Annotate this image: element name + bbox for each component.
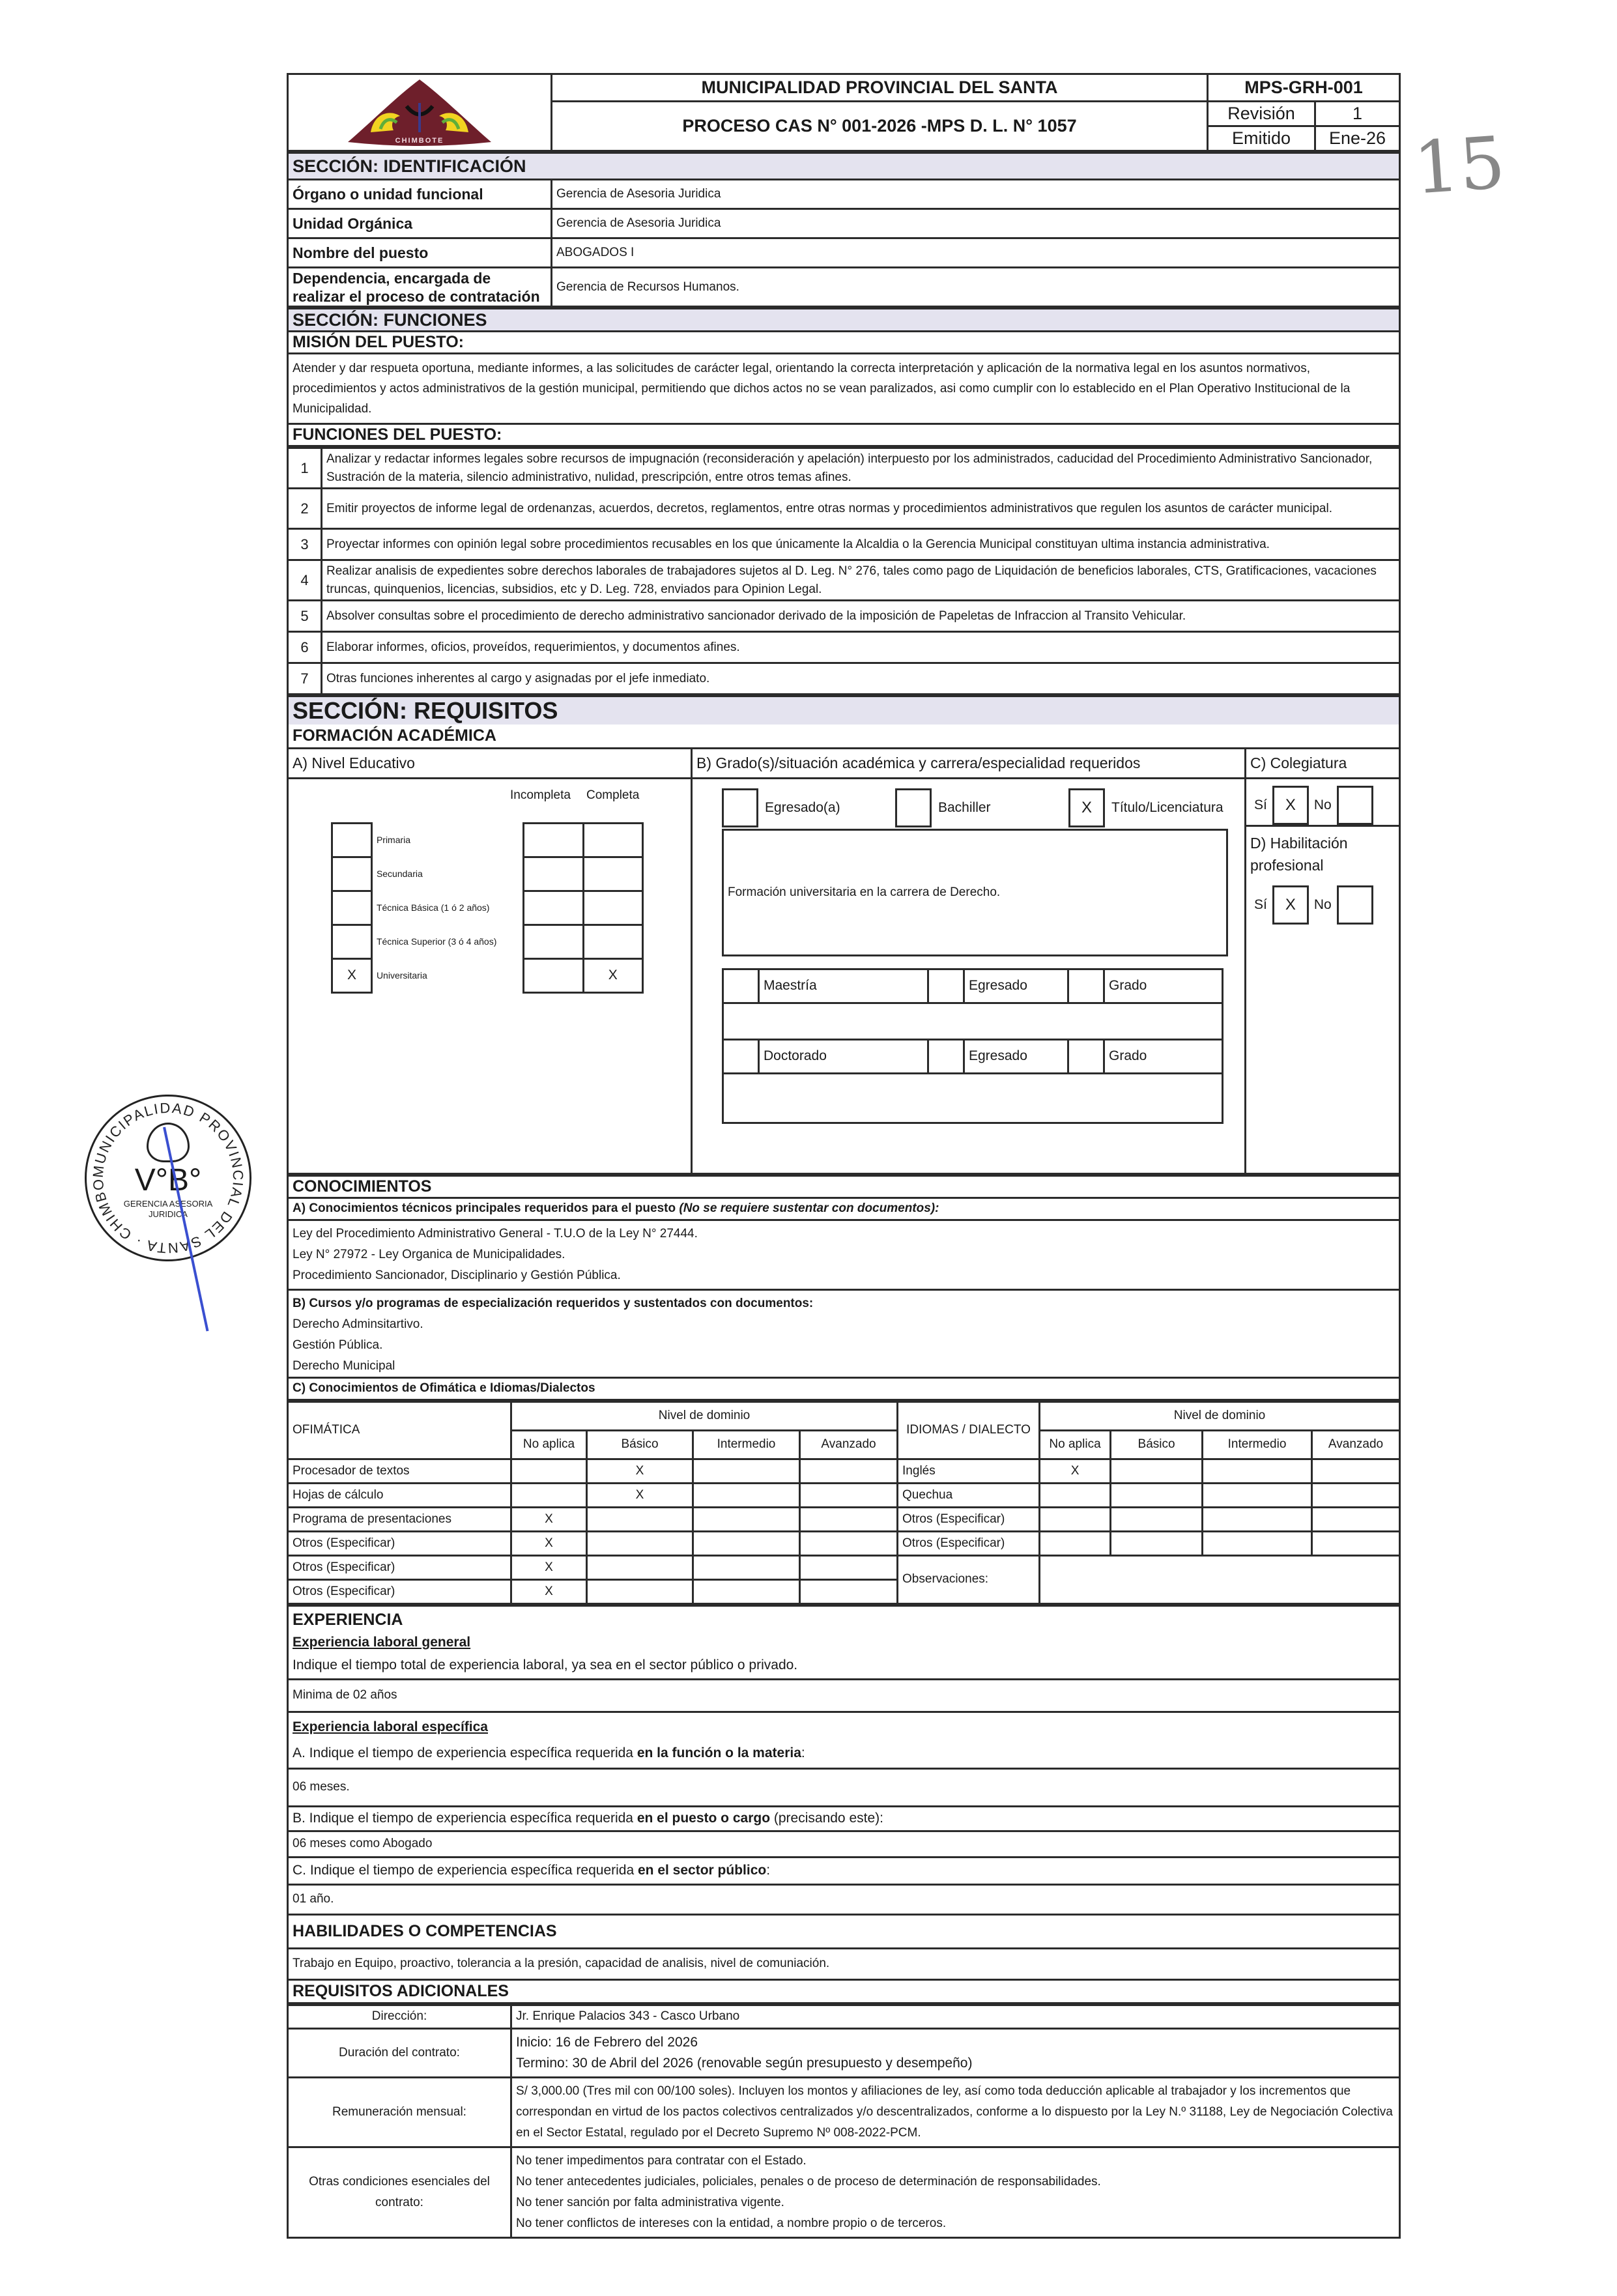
funciones-title: FUNCIONES DEL PUESTO: (288, 424, 1400, 446)
ofimatica-row-label: Procesador de textos (288, 1459, 511, 1483)
value-unidad: Gerencia de Asesoria Juridica (552, 209, 1400, 238)
nivel-educativo-title: A) Nivel Educativo (288, 748, 692, 778)
idioma-level-cell[interactable] (1203, 1483, 1312, 1507)
nivel-checkbox[interactable] (332, 857, 372, 891)
colegiatura-no-checkbox[interactable] (1337, 786, 1373, 825)
ofimatica-level-cell[interactable] (800, 1483, 898, 1507)
ofimatica-level-cell[interactable] (693, 1555, 800, 1579)
maestria-grado-check[interactable] (1068, 969, 1104, 1003)
habilidades-title: HABILIDADES O COMPETENCIAS (288, 1914, 1400, 1948)
ofimatica-level-cell[interactable] (587, 1531, 693, 1555)
level-header: Básico (587, 1430, 693, 1459)
nivel-incompleta-cell[interactable] (524, 958, 583, 992)
nivel-completa-cell[interactable] (583, 857, 642, 891)
grado-checkbox[interactable]: X (1068, 788, 1105, 827)
doctorado-label: Doctorado (759, 1039, 928, 1073)
funcion-text: Otras funciones inherentes al cargo y as… (322, 663, 1400, 695)
label-unidad: Unidad Orgánica (288, 209, 552, 238)
idioma-level-cell[interactable] (1312, 1459, 1400, 1483)
maestria-egresado-check[interactable] (928, 969, 964, 1003)
nivel-completa-cell[interactable] (583, 823, 642, 857)
mision-text: Atender y dar respueta oportuna, mediant… (288, 354, 1400, 424)
ofimatica-level-cell[interactable] (587, 1507, 693, 1531)
colegiatura-si-label: Sí (1254, 797, 1267, 813)
funcion-text: Elaborar informes, oficios, proveídos, r… (322, 632, 1400, 663)
ofimatica-level-cell[interactable] (511, 1483, 587, 1507)
section-identificacion: SECCIÓN: IDENTIFICACIÓN (288, 153, 1400, 180)
conocimientos-a-note: (No se requiere sustentar con documentos… (679, 1201, 939, 1215)
idioma-row-label: Quechua (898, 1483, 1040, 1507)
idioma-level-cell[interactable] (1203, 1507, 1312, 1531)
ofimatica-level-cell[interactable]: X (511, 1555, 587, 1579)
experiencia-general-value: Minima de 02 años (288, 1679, 1400, 1712)
ofimatica-header: OFIMÁTICA (288, 1401, 511, 1459)
idioma-level-cell[interactable] (1203, 1531, 1312, 1555)
idioma-level-cell[interactable] (1312, 1483, 1400, 1507)
funcion-text: Analizar y redactar informes legales sob… (322, 448, 1400, 489)
grado-option-label: Bachiller (938, 800, 1049, 816)
level-header: No aplica (1040, 1430, 1111, 1459)
doctorado-grado-check[interactable] (1068, 1039, 1104, 1073)
level-header: Avanzado (800, 1430, 898, 1459)
level-header: Intermedio (1203, 1430, 1312, 1459)
conocimiento-item: Procedimiento Sancionador, Disciplinario… (293, 1265, 1395, 1286)
observaciones-label: Observaciones: (898, 1555, 1040, 1603)
ofimatica-row-label: Otros (Especificar) (288, 1579, 511, 1603)
funcion-number: 1 (288, 448, 322, 489)
idioma-level-cell[interactable] (1312, 1531, 1400, 1555)
duracion-termino: Termino: 30 de Abril del 2026 (renovable… (516, 2053, 1395, 2074)
ofimatica-level-cell[interactable]: X (587, 1459, 693, 1483)
funcion-row: 3 Proyectar informes con opinión legal s… (288, 529, 1400, 560)
mision-title: MISIÓN DEL PUESTO: (288, 332, 1400, 354)
maestria-grado-label: Grado (1104, 969, 1223, 1003)
habilitacion-title: D) Habilitación profesional (1246, 827, 1352, 882)
direccion-label: Dirección: (288, 2005, 511, 2028)
nivel-completa-cell[interactable] (583, 925, 642, 958)
formacion-title: FORMACIÓN ACADÉMICA (288, 725, 1400, 748)
experiencia-header: EXPERIENCIA Experiencia laboral general … (288, 1605, 1400, 1679)
funcion-number: 3 (288, 529, 322, 560)
idioma-row-label: Inglés (898, 1459, 1040, 1483)
adicionales-table: Dirección:Jr. Enrique Palacios 343 - Cas… (287, 2004, 1401, 2239)
idioma-level-cell[interactable] (1111, 1483, 1203, 1507)
otras-list: No tener impedimentos para contratar con… (511, 2147, 1400, 2237)
funcion-number: 6 (288, 632, 322, 663)
conocimientos-table: CONOCIMIENTOS A) Conocimientos técnicos … (287, 1175, 1401, 1401)
colegiatura-si-checkbox[interactable]: X (1272, 786, 1309, 825)
header-table: CHIMBOTE MUNICIPALIDAD PROVINCIAL DEL SA… (287, 73, 1401, 152)
experiencia-b-value: 06 meses como Abogado (288, 1831, 1400, 1857)
funciones-list: 1 Analizar y redactar informes legales s… (287, 447, 1401, 695)
revision-value: 1 (1315, 102, 1399, 126)
nivel-label: Primaria (371, 823, 523, 857)
doctorado-egresado-label: Egresado (964, 1039, 1068, 1073)
nivel-educativo-cell: Incompleta Completa Primaria Secundaria … (288, 778, 692, 1173)
ofimatica-level-cell[interactable] (693, 1459, 800, 1483)
revision-label: Revisión (1207, 102, 1315, 126)
issued-label: Emitido (1207, 126, 1315, 151)
experiencia-especifica-header: Experiencia laboral específica A. Indiqu… (288, 1712, 1400, 1768)
habilidades-value: Trabajo en Equipo, proactivo, tolerancia… (288, 1948, 1400, 1979)
funcion-row: 1 Analizar y redactar informes legales s… (288, 448, 1400, 489)
observaciones-value[interactable] (1040, 1555, 1400, 1603)
grado-option-label: Título/Licenciatura (1111, 800, 1223, 816)
level-header: Básico (1111, 1430, 1203, 1459)
idiomas-header: IDIOMAS / DIALECTO (898, 1401, 1040, 1459)
funcion-number: 7 (288, 663, 322, 695)
requisitos-table: SECCIÓN: REQUISITOS FORMACIÓN ACADÉMICA … (287, 695, 1401, 1175)
condicion-item: No tener antecedentes judiciales, polici… (516, 2172, 1395, 2192)
stamp-office-text: GERENCIA ASESORIA JURIDICA (122, 1199, 214, 1220)
level-header: Avanzado (1312, 1430, 1400, 1459)
funcion-text: Emitir proyectos de informe legal de ord… (322, 489, 1400, 529)
identificacion-table: SECCIÓN: IDENTIFICACIÓN Órgano o unidad … (287, 152, 1401, 308)
ofimatica-level-cell[interactable] (693, 1507, 800, 1531)
direccion-value: Jr. Enrique Palacios 343 - Casco Urbano (511, 2005, 1400, 2028)
colegiatura-title: C) Colegiatura (1246, 748, 1400, 778)
experiencia-title: EXPERIENCIA (293, 1608, 1395, 1631)
svg-text:CHIMBOTE: CHIMBOTE (395, 137, 444, 145)
condicion-item: No tener sanción por falta administrativ… (516, 2192, 1395, 2213)
grado-checkbox[interactable] (722, 788, 758, 827)
value-dependencia: Gerencia de Recursos Humanos. (552, 268, 1400, 307)
label-dependencia: Dependencia, encargada de realizar el pr… (288, 268, 552, 307)
experiencia-general-prompt: Indique el tiempo total de experiencia l… (293, 1654, 1395, 1677)
funcion-row: 6 Elaborar informes, oficios, proveídos,… (288, 632, 1400, 663)
conocimientos-b-title: B) Cursos y/o programas de especializaci… (293, 1293, 1395, 1314)
ofimatica-level-cell[interactable]: X (587, 1483, 693, 1507)
curso-item: Derecho Adminsitartivo. (293, 1314, 1395, 1335)
grado-checkbox[interactable] (895, 788, 932, 827)
conocimientos-a-list: Ley del Procedimiento Administrativo Gen… (288, 1220, 1400, 1289)
funcion-text: Absolver consultas sobre el procedimient… (322, 601, 1400, 632)
nivel-label: Secundaria (371, 857, 523, 891)
idioma-level-cell[interactable] (1203, 1459, 1312, 1483)
funcion-row: 2 Emitir proyectos de informe legal de o… (288, 489, 1400, 529)
ofimatica-level-cell[interactable]: X (511, 1507, 587, 1531)
habilitacion-si-label: Sí (1254, 897, 1267, 913)
idioma-level-cell[interactable] (1040, 1483, 1111, 1507)
org-name: MUNICIPALIDAD PROVINCIAL DEL SANTA (552, 74, 1208, 102)
colegiatura-no-label: No (1314, 797, 1332, 813)
carrera-box: Formación universitaria en la carrera de… (722, 829, 1228, 956)
page-number-handwritten: 15 (1411, 121, 1508, 210)
experiencia-table: EXPERIENCIA Experiencia laboral general … (287, 1605, 1401, 2004)
otras-label: Otras condiciones esenciales del contrat… (288, 2147, 511, 2237)
nivel-label: Universitaria (371, 958, 523, 992)
conocimientos-a-title: A) Conocimientos técnicos principales re… (288, 1198, 1400, 1220)
experiencia-especifica-title: Experiencia laboral específica (293, 1714, 1395, 1740)
ofimatica-row-label: Otros (Especificar) (288, 1555, 511, 1579)
conocimiento-item: Ley N° 27972 - Ley Organica de Municipal… (293, 1244, 1395, 1265)
col-completa: Completa (586, 788, 639, 803)
maestria-row: MaestríaEgresadoGrado DoctoradoEgresadoG… (722, 968, 1223, 1124)
ofimatica-level-cell[interactable] (511, 1459, 587, 1483)
nivel-educativo-grid: Primaria Secundaria Técnica Básica (1 ó … (331, 822, 644, 994)
duracion-label: Duración del contrato: (288, 2028, 511, 2077)
ofimatica-level-cell[interactable] (587, 1579, 693, 1603)
condicion-item: No tener conflictos de intereses con la … (516, 2213, 1395, 2234)
value-organo: Gerencia de Asesoria Juridica (552, 180, 1400, 209)
idioma-level-cell[interactable] (1312, 1507, 1400, 1531)
funcion-row: 5 Absolver consultas sobre el procedimie… (288, 601, 1400, 632)
ofimatica-level-cell[interactable]: X (511, 1531, 587, 1555)
ofimatica-level-cell[interactable]: X (511, 1579, 587, 1603)
level-header: No aplica (511, 1430, 587, 1459)
col-incompleta: Incompleta (510, 788, 571, 803)
ofimatica-nivel-header: Nivel de dominio (511, 1401, 898, 1430)
funcion-row: 7 Otras funciones inherentes al cargo y … (288, 663, 1400, 695)
idioma-level-cell[interactable]: X (1040, 1459, 1111, 1483)
nivel-checkbox[interactable] (332, 891, 372, 925)
level-header: Intermedio (693, 1430, 800, 1459)
doctorado-egresado-check[interactable] (928, 1039, 964, 1073)
conocimientos-c-title: C) Conocimientos de Ofimática e Idiomas/… (288, 1377, 1400, 1399)
grado-option-label: Egresado(a) (765, 800, 876, 816)
experiencia-a-prompt: A. Indique el tiempo de experiencia espe… (293, 1740, 1395, 1766)
conocimiento-item: Ley del Procedimiento Administrativo Gen… (293, 1224, 1395, 1244)
maestria-detail[interactable] (723, 1003, 1223, 1039)
nivel-incompleta-cell[interactable] (524, 857, 583, 891)
ofimatica-level-cell[interactable] (693, 1483, 800, 1507)
grado-title: B) Grado(s)/situación académica y carrer… (692, 748, 1246, 778)
idioma-level-cell[interactable] (1040, 1531, 1111, 1555)
doctorado-check[interactable] (723, 1039, 759, 1073)
value-puesto: ABOGADOS I (552, 238, 1400, 268)
ofimatica-level-cell[interactable] (693, 1579, 800, 1603)
remuneracion-label: Remuneración mensual: (288, 2077, 511, 2147)
idioma-level-cell[interactable] (1111, 1531, 1203, 1555)
section-requisitos: SECCIÓN: REQUISITOS (288, 696, 1400, 725)
colegiatura-cell: Sí X No D) Habilitación profesional Sí X… (1246, 778, 1400, 1173)
doc-code: MPS-GRH-001 (1207, 74, 1399, 102)
ofimatica-level-cell[interactable] (587, 1555, 693, 1579)
idioma-level-cell[interactable] (1111, 1507, 1203, 1531)
idioma-row-label: Otros (Especificar) (898, 1507, 1040, 1531)
nivel-checkbox[interactable] (332, 925, 372, 958)
section-funciones: SECCIÓN: FUNCIONES (288, 309, 1400, 332)
nivel-label: Técnica Superior (3 ó 4 años) (371, 925, 523, 958)
duracion-inicio: Inicio: 16 de Febrero del 2026 (516, 2032, 1395, 2053)
nivel-checkbox[interactable]: X (332, 958, 372, 992)
funcion-number: 5 (288, 601, 322, 632)
conocimientos-title: CONOCIMIENTOS (288, 1175, 1400, 1198)
nivel-completa-cell[interactable] (583, 891, 642, 925)
habilitacion-no-checkbox[interactable] (1337, 885, 1373, 925)
nivel-label: Técnica Básica (1 ó 2 años) (371, 891, 523, 925)
remuneracion-value: S/ 3,000.00 (Tres mil con 00/100 soles).… (511, 2077, 1400, 2147)
ofimatica-row-label: Programa de presentaciones (288, 1507, 511, 1531)
ofimatica-idiomas-table: OFIMÁTICA Nivel de dominio IDIOMAS / DIA… (287, 1401, 1401, 1605)
condicion-item: No tener impedimentos para contratar con… (516, 2151, 1395, 2172)
experiencia-a-value: 06 meses. (288, 1768, 1400, 1806)
conocimientos-b-block: B) Cursos y/o programas de especializaci… (288, 1289, 1400, 1377)
ofimatica-level-cell[interactable] (800, 1579, 898, 1603)
habilitacion-si-checkbox[interactable]: X (1272, 885, 1309, 925)
experiencia-c-value: 01 año. (288, 1884, 1400, 1914)
curso-item: Derecho Municipal (293, 1356, 1395, 1377)
nivel-incompleta-cell[interactable] (524, 823, 583, 857)
idioma-row-label: Otros (Especificar) (898, 1531, 1040, 1555)
nivel-checkbox[interactable] (332, 823, 372, 857)
doctorado-detail[interactable] (723, 1073, 1223, 1123)
habilitacion-no-label: No (1314, 897, 1332, 913)
funcion-text: Realizar analisis de expedientes sobre d… (322, 560, 1400, 601)
ofimatica-level-cell[interactable] (800, 1531, 898, 1555)
funcion-text: Proyectar informes con opinión legal sob… (322, 529, 1400, 560)
doctorado-grado-label: Grado (1104, 1039, 1223, 1073)
label-puesto: Nombre del puesto (288, 238, 552, 268)
conocimientos-a-label: A) Conocimientos técnicos principales re… (293, 1201, 679, 1215)
idiomas-nivel-header: Nivel de dominio (1040, 1401, 1400, 1430)
idioma-level-cell[interactable] (1040, 1507, 1111, 1531)
logo-cell: CHIMBOTE (288, 74, 552, 151)
adicionales-title: REQUISITOS ADICIONALES (288, 1979, 1400, 2003)
funcion-number: 2 (288, 489, 322, 529)
funciones-table: SECCIÓN: FUNCIONES MISIÓN DEL PUESTO: At… (287, 308, 1401, 447)
municipality-logo: CHIMBOTE (345, 77, 494, 149)
experiencia-c-prompt: C. Indique el tiempo de experiencia espe… (288, 1857, 1400, 1884)
maestria-label: Maestría (759, 969, 928, 1003)
grado-cell: Egresado(a) BachillerX Título/Licenciatu… (692, 778, 1246, 1173)
nivel-incompleta-cell[interactable] (524, 925, 583, 958)
idioma-level-cell[interactable] (1111, 1459, 1203, 1483)
ofimatica-row-label: Hojas de cálculo (288, 1483, 511, 1507)
ofimatica-level-cell[interactable] (693, 1531, 800, 1555)
label-organo: Órgano o unidad funcional (288, 180, 552, 209)
funcion-number: 4 (288, 560, 322, 601)
document-sheet: CHIMBOTE MUNICIPALIDAD PROVINCIAL DEL SA… (287, 73, 1401, 2239)
nivel-incompleta-cell[interactable] (524, 891, 583, 925)
ofimatica-level-cell[interactable] (800, 1555, 898, 1579)
ofimatica-row-label: Otros (Especificar) (288, 1531, 511, 1555)
nivel-completa-cell[interactable]: X (583, 958, 642, 992)
process-title: PROCESO CAS N° 001-2026 -MPS D. L. N° 10… (552, 102, 1208, 151)
issued-value: Ene-26 (1315, 126, 1399, 151)
curso-item: Gestión Pública. (293, 1335, 1395, 1356)
duracion-value: Inicio: 16 de Febrero del 2026 Termino: … (511, 2028, 1400, 2077)
ofimatica-level-cell[interactable] (800, 1507, 898, 1531)
experiencia-b-prompt: B. Indique el tiempo de experiencia espe… (288, 1806, 1400, 1831)
maestria-egresado-label: Egresado (964, 969, 1068, 1003)
funcion-row: 4 Realizar analisis de expedientes sobre… (288, 560, 1400, 601)
ofimatica-level-cell[interactable] (800, 1459, 898, 1483)
approval-stamp: MUNICIPALIDAD PROVINCIAL DEL SANTA · CHI… (85, 1095, 251, 1261)
stamp-center-text: V°B° (122, 1162, 214, 1199)
experiencia-general-title: Experiencia laboral general (293, 1631, 1395, 1654)
maestria-check[interactable] (723, 969, 759, 1003)
